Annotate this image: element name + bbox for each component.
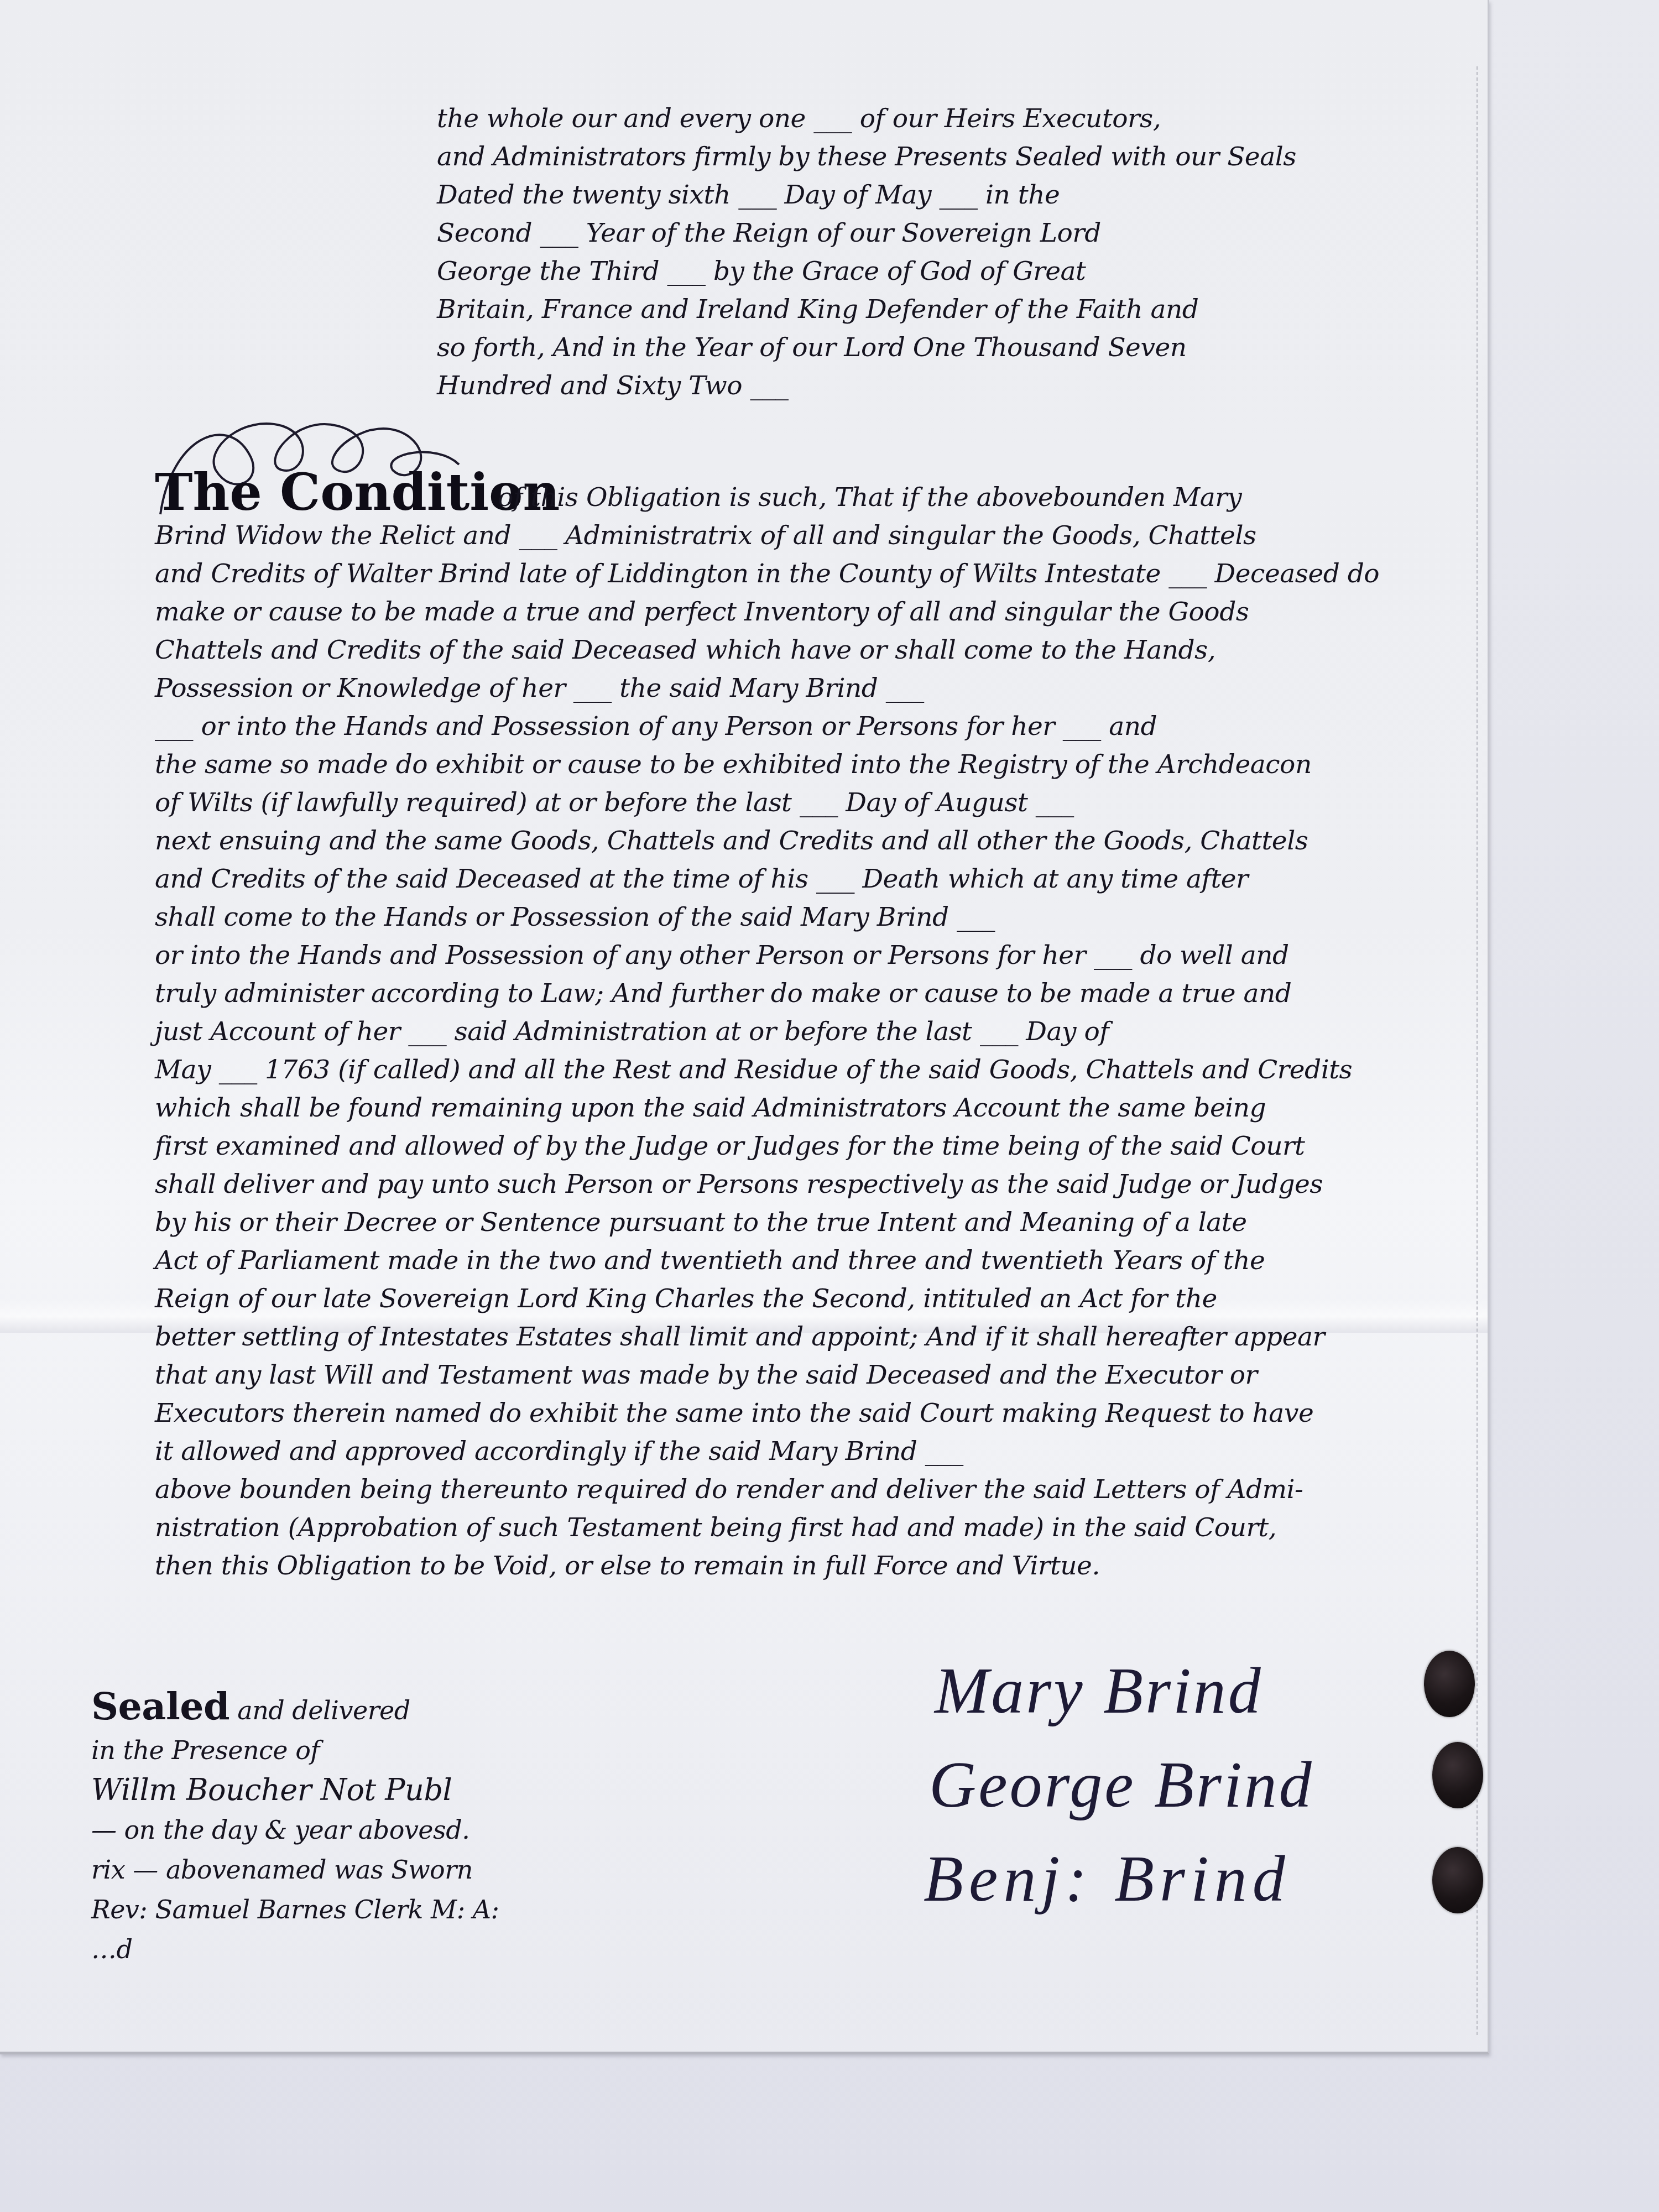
surrogate-name: Rev: Samuel Barnes Clerk M: A:: [91, 1890, 810, 1929]
text-line: just Account of her ___ said Administrat…: [155, 1013, 1465, 1051]
text-line: and Credits of Walter Brind late of Lidd…: [155, 555, 1465, 593]
attestation-sealed-line: Sealed and delivered: [91, 1687, 810, 1730]
obligation-dating-block: the whole our and every one ___ of our H…: [437, 100, 1432, 405]
text-line: Executors therein named do exhibit the s…: [155, 1394, 1465, 1432]
text-line: or into the Hands and Possession of any …: [155, 936, 1465, 974]
text-line: better settling of Intestates Estates sh…: [155, 1318, 1465, 1356]
text-line: the whole our and every one ___ of our H…: [437, 100, 1432, 138]
text-line: Hundred and Sixty Two ___: [437, 367, 1432, 405]
text-line: it allowed and approved accordingly if t…: [155, 1432, 1465, 1470]
text-line: next ensuing and the same Goods, Chattel…: [155, 822, 1465, 860]
text-line: truly administer according to Law; And f…: [155, 974, 1465, 1013]
text-line: which shall be found remaining upon the …: [155, 1089, 1465, 1127]
wax-seal-icon: [1432, 1847, 1483, 1913]
text-line: — on the day & year abovesd.: [91, 1810, 810, 1850]
text-line: Possession or Knowledge of her ___ the s…: [155, 669, 1465, 707]
text-line: and delivered: [237, 1695, 410, 1725]
text-line: shall come to the Hands or Possession of…: [155, 898, 1465, 936]
text-line: shall deliver and pay unto such Person o…: [155, 1165, 1465, 1203]
witness-name: Willm Boucher Not Publ: [91, 1770, 810, 1810]
signature-mary-brind: Mary Brind: [935, 1653, 1263, 1729]
text-line: first examined and allowed of by the Jud…: [155, 1127, 1465, 1165]
text-line: Brind Widow the Relict and ___ Administr…: [155, 517, 1465, 555]
document-page: the whole our and every one ___ of our H…: [0, 0, 1489, 2054]
text-line: and Administrators firmly by these Prese…: [437, 138, 1432, 176]
text-line: nistration (Approbation of such Testamen…: [155, 1509, 1465, 1547]
text-line: May ___ 1763 (if called) and all the Res…: [155, 1051, 1465, 1089]
condition-body: of this Obligation is such, That if the …: [155, 478, 1465, 1585]
wax-seal-icon: [1432, 1742, 1483, 1808]
text-line: above bounden being thereunto required d…: [155, 1470, 1465, 1509]
text-line: of Wilts (if lawfully required) at or be…: [155, 784, 1465, 822]
text-line: that any last Will and Testament was mad…: [155, 1356, 1465, 1394]
signature-benj-brind: Benj: Brind: [924, 1841, 1291, 1917]
text-line: and Credits of the said Deceased at the …: [155, 860, 1465, 898]
text-line: of this Obligation is such, That if the …: [155, 478, 1465, 517]
text-line: Act of Parliament made in the two and tw…: [155, 1241, 1465, 1280]
wax-seal-icon: [1424, 1651, 1475, 1717]
text-line: …d: [91, 1929, 810, 1969]
text-line: make or cause to be made a true and perf…: [155, 593, 1465, 631]
text-line: rix — abovenamed was Sworn: [91, 1850, 810, 1890]
text-line: George the Third ___ by the Grace of God…: [437, 252, 1432, 290]
attestation-block: Sealed and delivered in the Presence of …: [91, 1687, 810, 1969]
text-line: Second ___ Year of the Reign of our Sove…: [437, 214, 1432, 252]
text-line: the same so made do exhibit or cause to …: [155, 745, 1465, 784]
text-line: Reign of our late Sovereign Lord King Ch…: [155, 1280, 1465, 1318]
text-line: Britain, France and Ireland King Defende…: [437, 290, 1432, 328]
signature-george-brind: George Brind: [929, 1747, 1314, 1823]
text-line: in the Presence of: [91, 1730, 810, 1770]
margin-rule: [1477, 66, 1478, 2035]
text-line: ___ or into the Hands and Possession of …: [155, 707, 1465, 745]
text-line: then this Obligation to be Void, or else…: [155, 1547, 1465, 1585]
text-line: Dated the twenty sixth ___ Day of May __…: [437, 176, 1432, 214]
text-line: by his or their Decree or Sentence pursu…: [155, 1203, 1465, 1241]
text-line: Chattels and Credits of the said Decease…: [155, 631, 1465, 669]
text-line: so forth, And in the Year of our Lord On…: [437, 328, 1432, 367]
sealed-word: Sealed: [91, 1684, 229, 1729]
